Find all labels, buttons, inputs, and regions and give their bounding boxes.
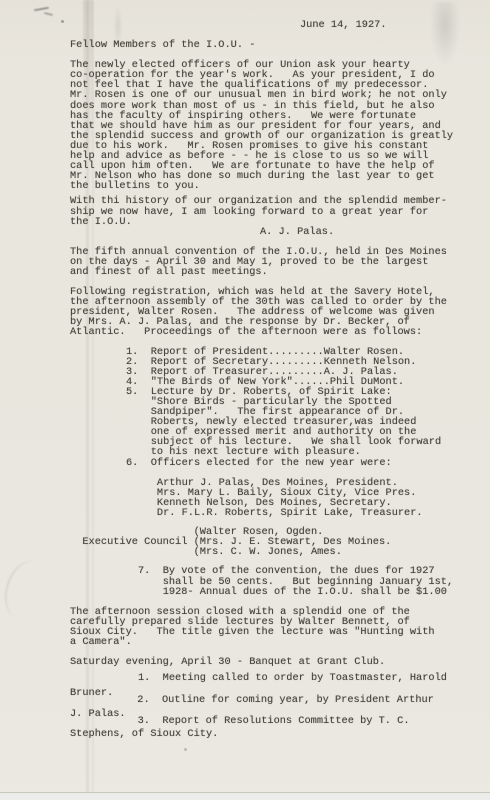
pencil-mark-2 bbox=[44, 12, 53, 16]
banquet-heading: Saturday evening, April 30 - Banquet at … bbox=[70, 657, 478, 667]
banquet-row-3: J. Palas.3. Report of Resolutions Commit… bbox=[70, 709, 478, 719]
ink-speck-bottom bbox=[184, 748, 187, 751]
paragraph-registration: Following registration, which was held a… bbox=[70, 287, 478, 337]
banquet-list: 1. Meeting called to order by Toastmaste… bbox=[70, 673, 478, 739]
date-line: June 14, 1927. bbox=[300, 20, 478, 30]
scanned-letter-page: June 14, 1927. Fellow Members of the I.O… bbox=[0, 0, 490, 800]
paragraph-new-officers: The newly elected officers of our Union … bbox=[70, 60, 478, 191]
paragraph-convention: The fifth annual convention of the I.O.U… bbox=[70, 247, 478, 277]
pencil-mark bbox=[34, 7, 49, 12]
ink-speck bbox=[61, 20, 64, 23]
paragraph-history: With thi history of our organization and… bbox=[70, 196, 478, 226]
banquet-item-3: 3. Report of Resolutions Committee by T.… bbox=[138, 716, 410, 726]
banquet-item-1: 1. Meeting called to order by Toastmaste… bbox=[70, 673, 478, 683]
letter-body: June 14, 1927. Fellow Members of the I.O… bbox=[70, 20, 478, 740]
banquet-row-2: Bruner.2. Outline for coming year, by Pr… bbox=[70, 688, 478, 698]
banquet-item-2-continuation: J. Palas. bbox=[70, 708, 126, 720]
paper-bottom-edge bbox=[0, 792, 490, 800]
salutation: Fellow Members of the I.O.U. - bbox=[70, 40, 478, 50]
proceedings-list: 1. Report of President.........Walter Ro… bbox=[126, 347, 478, 519]
banquet-item-1-continuation: Bruner. bbox=[70, 687, 113, 699]
banquet-item-3-continuation: Stephens, of Sioux City. bbox=[70, 729, 478, 739]
executive-council-block: (Walter Rosen, Ogden. Executive Council … bbox=[70, 527, 478, 557]
paragraph-afternoon-close: The afternoon session closed with a sple… bbox=[70, 607, 478, 647]
dues-resolution: 7. By vote of the convention, the dues f… bbox=[138, 566, 478, 596]
paper-scratch bbox=[0, 555, 56, 625]
banquet-item-2: 2. Outline for coming year, by President… bbox=[137, 695, 434, 705]
signature: A. J. Palas. bbox=[260, 227, 478, 237]
